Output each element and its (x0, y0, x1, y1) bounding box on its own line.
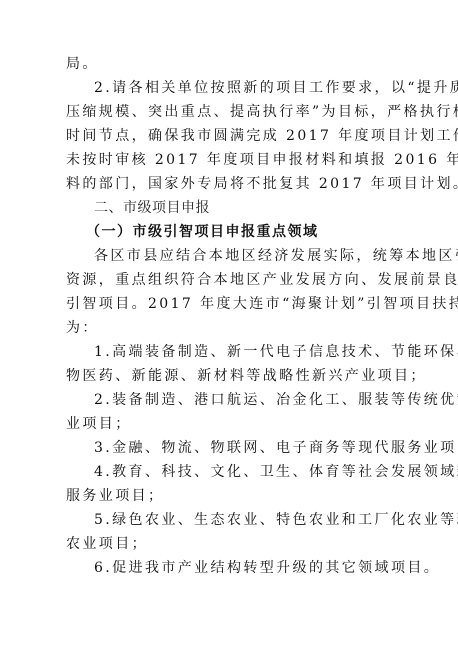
text-line: 时间节点，确保我市圆满完成 2017 年度项目计划工作。对 (66, 124, 388, 148)
paragraph-item-2: 2.请各相关单位按照新的项目工作要求，以“提升质量、 (66, 76, 388, 100)
subsection-heading: （一）市级引智项目申报重点领域 (66, 220, 388, 244)
section-heading: 二、市级项目申报 (66, 196, 388, 220)
text-line: 未按时审核 2017 年度项目申报材料和填报 2016 年度总结材 (66, 148, 388, 172)
text-line: 服务业项目； (66, 484, 388, 508)
text-line: 业项目； (66, 412, 388, 436)
list-item-3: 3.金融、物流、物联网、电子商务等现代服务业项目； (66, 436, 388, 460)
list-item-4: 4.教育、科技、文化、卫生、体育等社会发展领域新兴 (66, 460, 388, 484)
document-page: 局。 2.请各相关单位按照新的项目工作要求，以“提升质量、 压缩规模、突出重点、… (66, 52, 388, 580)
text-line: 农业项目； (66, 532, 388, 556)
list-item-6: 6.促进我市产业结构转型升级的其它领域项目。 (66, 556, 388, 580)
text-line: 资源，重点组织符合本地区产业发展方向、发展前景良好的 (66, 268, 388, 292)
paragraph-start: 各区市县应结合本地区经济发展实际，统筹本地区引智 (66, 244, 388, 268)
text-line: 为： (66, 316, 388, 340)
list-item-1: 1.高端装备制造、新一代电子信息技术、节能环保、生 (66, 340, 388, 364)
list-item-5: 5.绿色农业、生态农业、特色农业和工厂化农业等现代 (66, 508, 388, 532)
text-line: 压缩规模、突出重点、提高执行率”为目标，严格执行相关 (66, 100, 388, 124)
list-item-2: 2.装备制造、港口航运、冶金化工、服装等传统优势产 (66, 388, 388, 412)
text-line: 局。 (66, 52, 388, 76)
text-line: 料的部门，国家外专局将不批复其 2017 年项目计划。 (66, 172, 388, 196)
text-line: 引智项目。2017 年度大连市“海聚计划”引智项目扶持领域 (66, 292, 388, 316)
text-line: 物医药、新能源、新材料等战略性新兴产业项目； (66, 364, 388, 388)
